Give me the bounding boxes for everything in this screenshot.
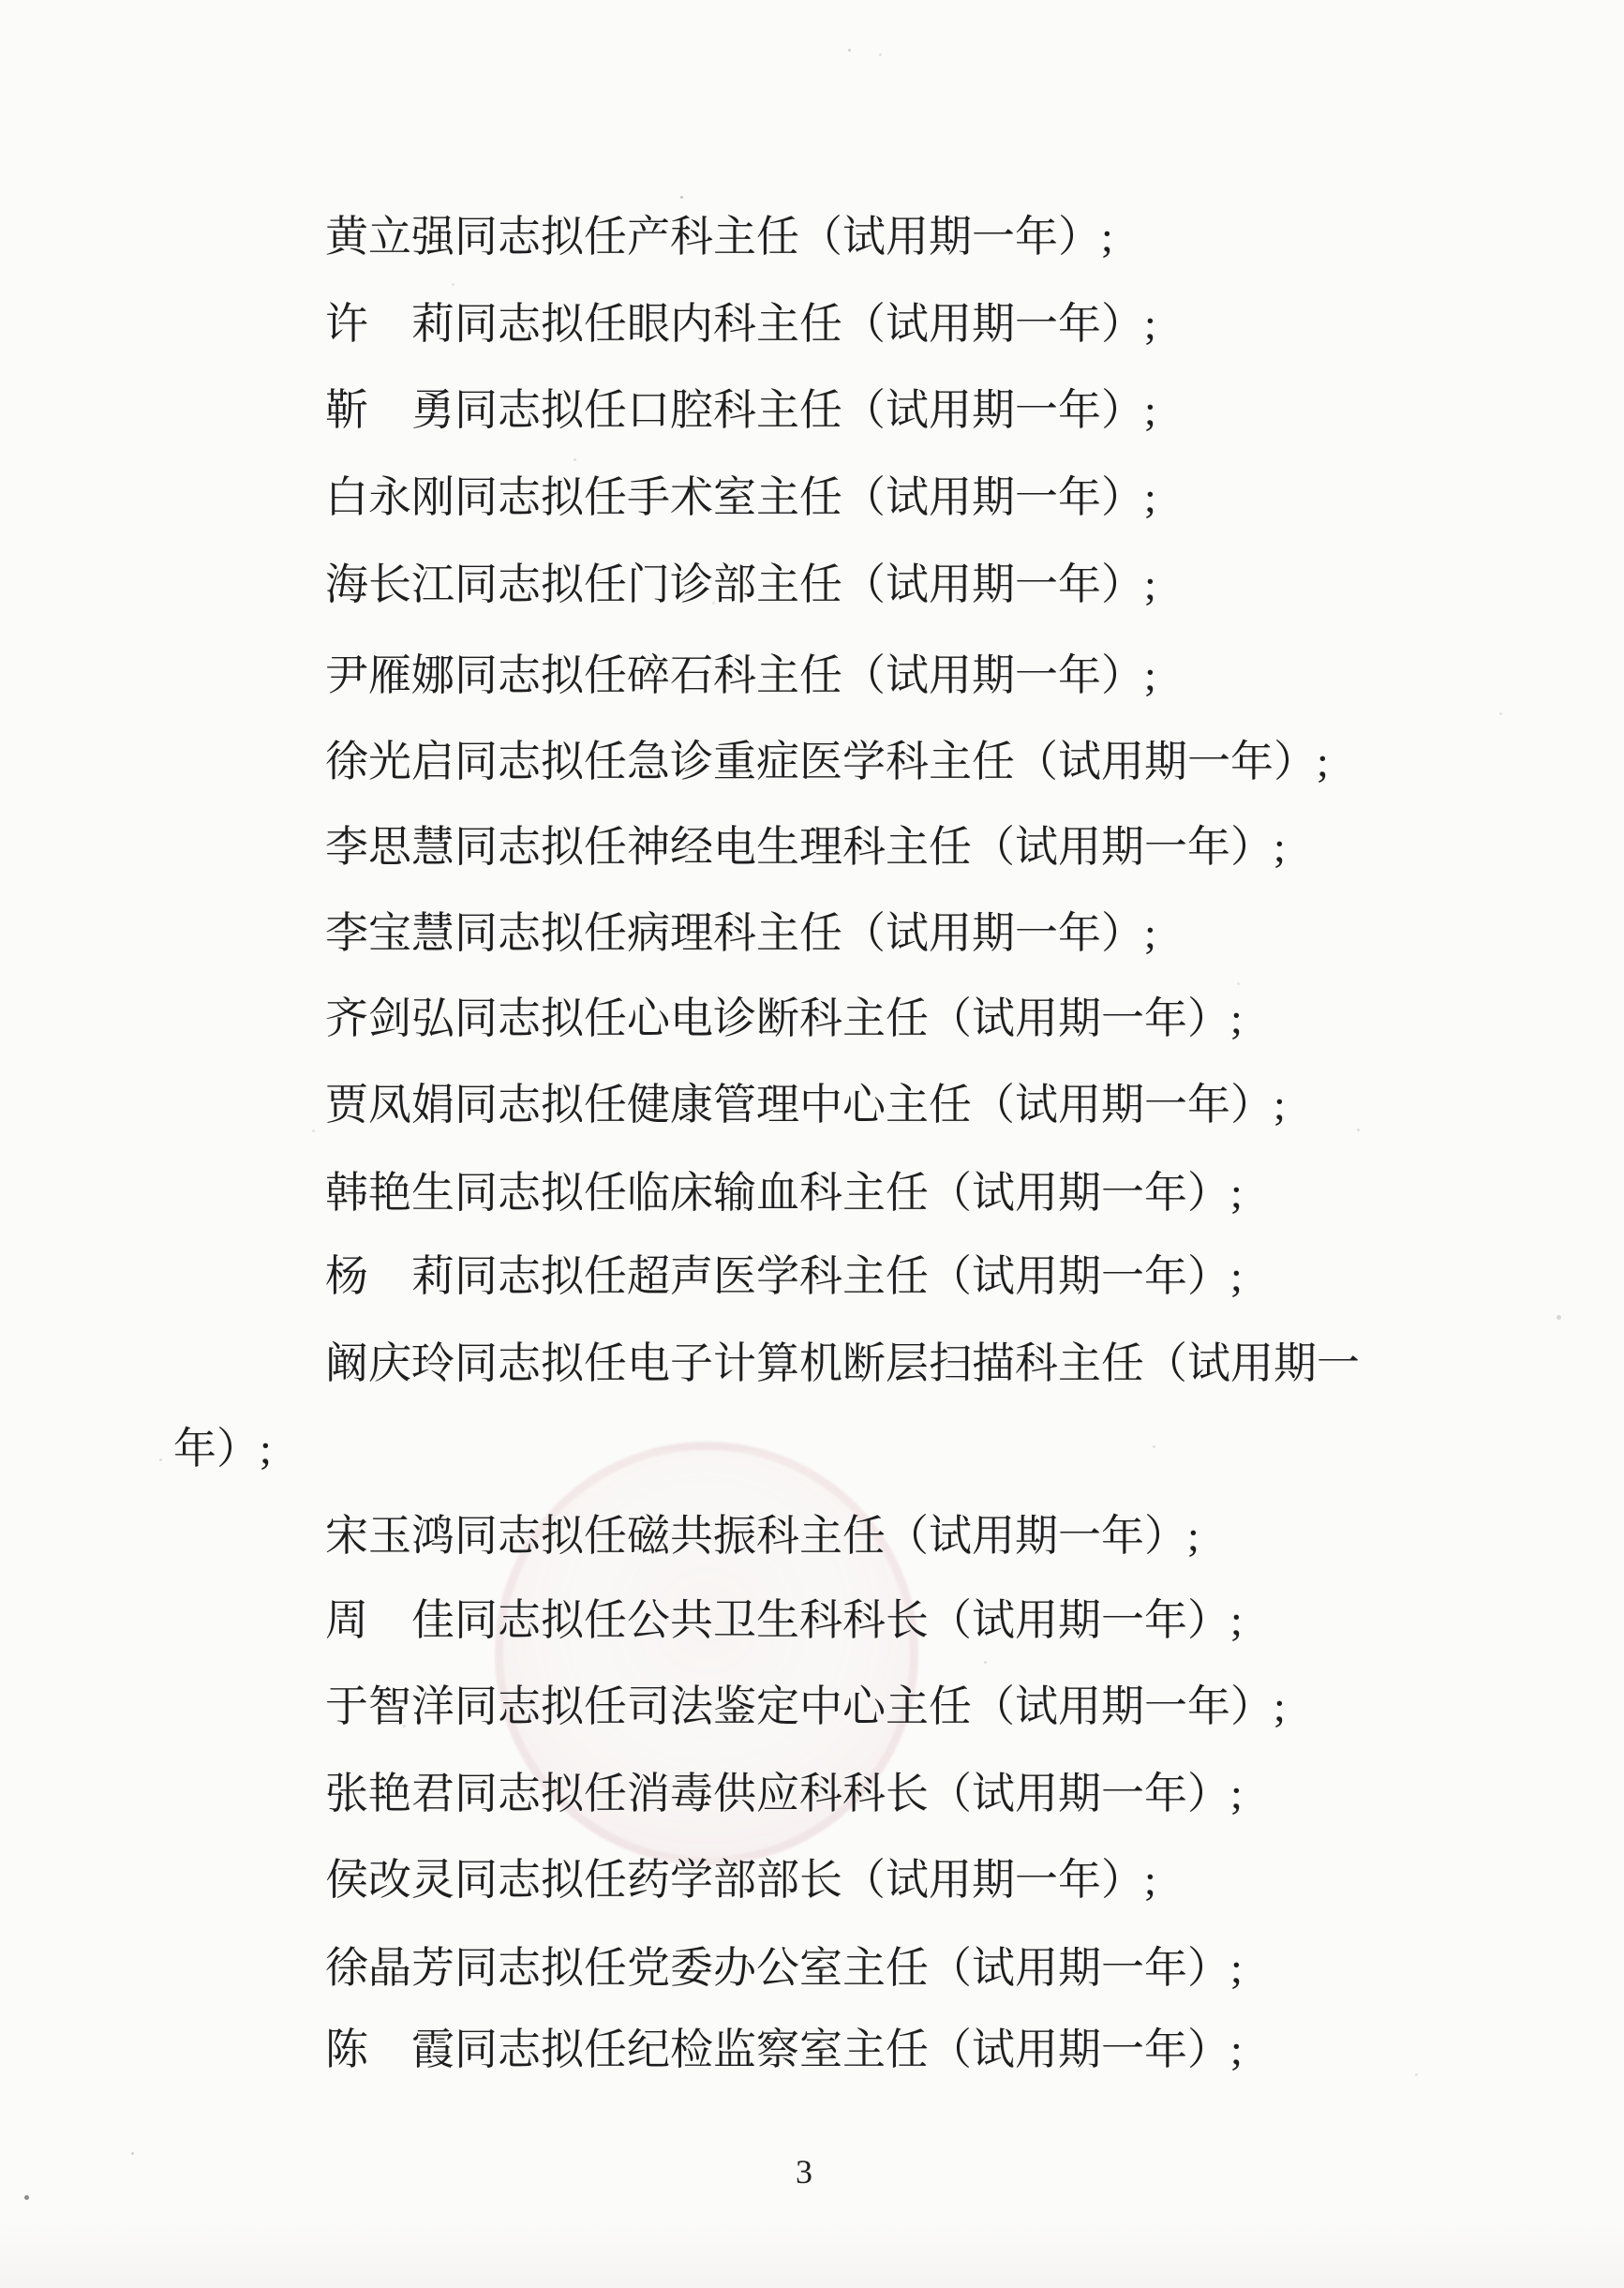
appointment-line-continuation: 年）;	[173, 1426, 272, 1473]
appointment-line: 李宝慧同志拟任病理科主任（试用期一年）;	[325, 910, 1156, 957]
appointment-line: 侯改灵同志拟任药学部部长（试用期一年）;	[325, 1857, 1156, 1904]
appointment-line: 周 佳同志拟任公共卫生科科长（试用期一年）;	[325, 1597, 1243, 1644]
appointment-line: 杨 莉同志拟任超声医学科主任（试用期一年）;	[325, 1253, 1243, 1300]
appointment-line: 白永刚同志拟任手术室主任（试用期一年）;	[325, 474, 1156, 521]
appointment-line: 靳 勇同志拟任口腔科主任（试用期一年）;	[325, 387, 1156, 434]
appointment-line: 黄立强同志拟任产科主任（试用期一年）;	[325, 214, 1113, 261]
appointment-line: 张艳君同志拟任消毒供应科科长（试用期一年）;	[325, 1771, 1243, 1817]
appointment-line: 贾凤娟同志拟任健康管理中心主任（试用期一年）;	[325, 1082, 1286, 1129]
appointment-line: 于智洋同志拟任司法鉴定中心主任（试用期一年）;	[325, 1683, 1286, 1730]
appointment-line: 徐晶芳同志拟任党委办公室主任（试用期一年）;	[325, 1945, 1243, 1992]
appointment-line: 宋玉鸿同志拟任磁共振科主任（试用期一年）;	[325, 1513, 1199, 1560]
appointment-line: 韩艳生同志拟任临床输血科主任（试用期一年）;	[325, 1170, 1243, 1217]
appointment-line: 徐光启同志拟任急诊重症医学科主任（试用期一年）;	[325, 739, 1329, 785]
appointment-line: 海长江同志拟任门诊部主任（试用期一年）;	[325, 561, 1156, 608]
appointment-line: 陈 霞同志拟任纪检监察室主任（试用期一年）;	[325, 2026, 1243, 2073]
appointment-line: 尹雁娜同志拟任碎石科主任（试用期一年）;	[325, 652, 1156, 699]
scan-noise-speckles	[0, 0, 3, 3]
page-number: 3	[796, 2152, 812, 2191]
appointment-line: 李思慧同志拟任神经电生理科主任（试用期一年）;	[325, 824, 1286, 871]
appointment-line: 齐剑弘同志拟任心电诊断科主任（试用期一年）;	[325, 995, 1243, 1042]
appointment-line: 许 莉同志拟任眼内科主任（试用期一年）;	[325, 301, 1156, 348]
appointment-line: 阚庆玲同志拟任电子计算机断层扫描科主任（试用期一	[325, 1340, 1360, 1387]
scanned-document-page: 黄立强同志拟任产科主任（试用期一年）; 许 莉同志拟任眼内科主任（试用期一年）;…	[0, 0, 1624, 2288]
